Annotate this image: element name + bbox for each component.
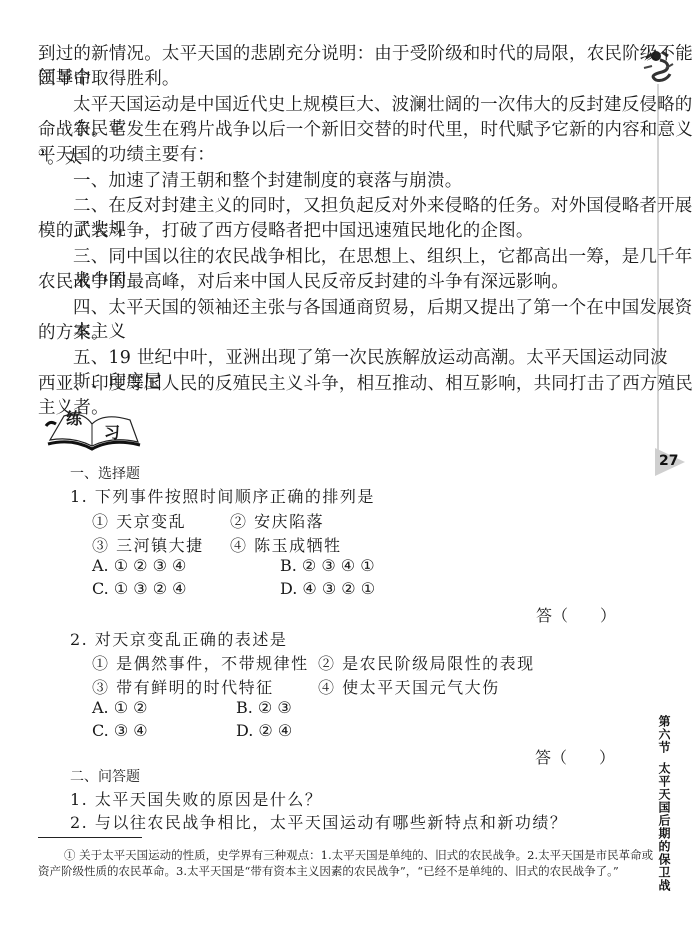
q2-option-d[interactable]: D. ② ④: [236, 721, 292, 740]
banner-char-lian: 练: [66, 406, 82, 429]
exercise-banner: 练 习: [42, 402, 142, 452]
question-2-stem: 2. 对天京变乱正确的表述是: [70, 627, 287, 650]
body-line: 一、加速了清王朝和整个封建制度的衰落与崩溃。: [73, 169, 462, 193]
footnote-line: 资产阶级性质的农民革命。3.太平天国是“带有资本主义因素的农民战争”，“已经不是…: [38, 863, 619, 879]
q2-item: ② 是农民阶级局限性的表现: [318, 651, 535, 674]
section-title-choice: 一、选择题: [70, 463, 140, 483]
qa-question: 2. 与以往农民战争相比，太平天国运动有哪些新特点和新功绩？: [70, 810, 567, 833]
q1-option-c[interactable]: C. ① ③ ② ④: [92, 579, 186, 598]
q2-item: ① 是偶然事件，不带规律性: [92, 651, 309, 674]
q1-option-a[interactable]: A. ① ② ③ ④: [92, 556, 186, 575]
body-line: 四、太平天国的领袖还主张与各国通商贸易，后期又提出了第一个在中国发展资本主义: [73, 296, 700, 344]
q1-item: ③ 三河镇大捷: [92, 533, 204, 556]
q2-option-b[interactable]: B. ② ③: [236, 698, 292, 717]
q2-answer-blank[interactable]: 答（ ）: [535, 745, 615, 768]
q2-item: ④ 使太平天国元气大伤: [318, 675, 500, 698]
body-line: 平天国的功绩主要有：: [38, 143, 215, 167]
footnote-divider: [38, 837, 142, 838]
q1-answer-blank[interactable]: 答（ ）: [536, 603, 616, 626]
q2-option-a[interactable]: A. ① ②: [92, 698, 148, 717]
q1-item: ④ 陈玉成牺牲: [230, 533, 342, 556]
q1-option-d[interactable]: D. ④ ③ ② ①: [280, 579, 375, 598]
section-label: 第六节: [656, 715, 673, 754]
body-line: 国革命取得胜利。: [38, 67, 180, 91]
body-line: 模的武装斗争，打破了西方侵略者把中国迅速殖民地化的企图。: [38, 219, 534, 243]
q2-item: ③ 带有鲜明的时代特征: [92, 675, 274, 698]
qa-question: 1. 太平天国失败的原因是什么？: [70, 787, 322, 810]
footnote-line: ① 关于太平天国运动的性质，史学界有三种观点：1.太平天国是单纯的、旧式的农民战…: [64, 847, 653, 863]
q1-option-b[interactable]: B. ② ③ ④ ①: [280, 556, 375, 575]
q2-option-c[interactable]: C. ③ ④: [92, 721, 148, 740]
banner-char-xi: 习: [104, 420, 120, 443]
q1-item: ② 安庆陷落: [230, 509, 324, 532]
open-book-icon: [42, 402, 142, 452]
body-line: 的方案。: [38, 321, 109, 345]
question-1-stem: 1. 下列事件按照时间顺序正确的排列是: [70, 484, 375, 507]
chapter-title: 太平天国后期的保卫战: [656, 762, 673, 892]
section-title-qa: 二、问答题: [70, 766, 140, 786]
q1-item: ① 天京变乱: [92, 509, 186, 532]
page-number: 27: [659, 453, 678, 469]
body-line: 农民战争的最高峰，对后来中国人民反帝反封建的斗争有深远影响。: [38, 270, 569, 294]
